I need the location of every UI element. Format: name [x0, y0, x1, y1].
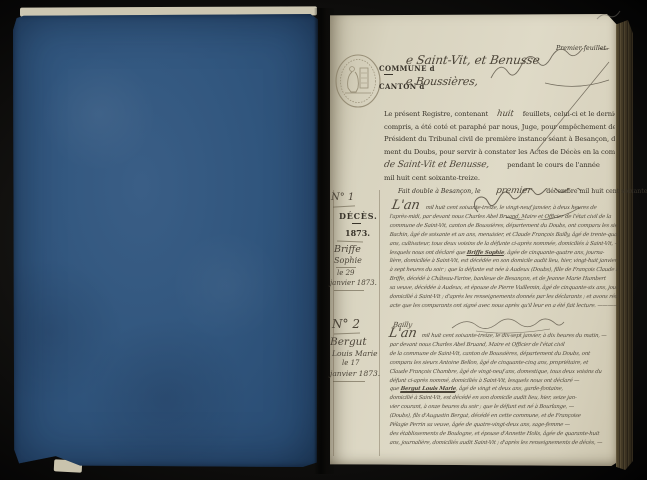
act1-line: Bachin, âgé de soixante et un ans, menui…	[389, 231, 618, 240]
act1-line: acte que les comparants ont signé avec n…	[389, 302, 618, 311]
handwritten-word-feuillets-count: huit	[496, 108, 514, 121]
act2-line: ans, journalière, domiciliés audit Saint…	[389, 439, 618, 448]
margin-deceased-2-surname: Bergut	[330, 336, 367, 348]
act1-line: l'après-midi, par devant nous Charles Ab…	[389, 213, 618, 222]
act1-line: commune de Saint-Vit, canton de Boussièr…	[389, 222, 618, 231]
page-stack-edge	[616, 20, 633, 470]
act2-line: Claude François Chambre, âgé de vingt-ne…	[389, 368, 618, 377]
margin-deceased-1-surname: Briffe	[334, 244, 361, 255]
book-cover-blue	[13, 14, 318, 467]
margin-deceased-2-firstname: Louis Marie	[332, 349, 378, 358]
margin-rule-right	[379, 190, 380, 456]
act1-line: sa veuve, décédée à Audeux, et épouse de…	[389, 284, 618, 293]
act1-line: ans, cultivateur, tous deux voisins de l…	[389, 240, 618, 249]
act1-line: Briffe, décédé à Château-Farine, banlieu…	[389, 275, 618, 284]
official-seal-stamp	[334, 53, 384, 111]
margin-dash	[352, 223, 361, 224]
margin-deceased-1-date-month: janvier 1873.	[330, 279, 377, 287]
margin-flourish-rule	[333, 381, 365, 382]
pencil-corner-mark	[594, 9, 622, 23]
act1-line: à sept heures du soir ; que la défunte e…	[389, 266, 618, 275]
margin-deceased-2-date-day: le 17	[342, 359, 360, 367]
margin-flourish-rule	[336, 267, 356, 268]
act2-line: par devant nous Charles Abel Bruand, Mai…	[389, 341, 618, 350]
paragraph-line: Le présent Registre, contenant huit feui…	[384, 108, 615, 121]
act2-line: Pélagie Perrin sa veuve, âgée de quatre-…	[389, 421, 618, 430]
register-opening-paragraph: Le présent Registre, contenant huit feui…	[384, 108, 615, 184]
margin-deceased-1-firstname: Sophie	[334, 256, 362, 265]
act1-line: lière, domiciliée à Saint-Vit, est décéd…	[389, 257, 618, 266]
act2-line: comparu les sieurs Antoine Bellon, âgé d…	[389, 359, 618, 368]
act2-line: vier courant, à onze heures du soir ; qu…	[389, 403, 618, 412]
divider-dash	[384, 74, 393, 75]
margin-year-label: 1873.	[345, 228, 370, 238]
canton-handwritten-value: e Boussières,	[405, 75, 479, 88]
margin-act-number-1: N° 1	[331, 192, 354, 203]
act2-line: domicilié à Saint-Vit, est décédé en son…	[389, 394, 618, 403]
act2-text: mil huit cent soixante-treize, le dix-se…	[389, 332, 618, 448]
paragraph-line: compris, a été coté et paraphé par nous,…	[384, 121, 615, 134]
act1-line: mil huit cent soixante-treize, le vingt-…	[389, 204, 618, 213]
archival-scan: Premier feuillet. COMMUNE d e Saint-Vit,…	[0, 0, 647, 480]
act1-line: domicilié à Saint-Vit ; d'après les rens…	[389, 293, 618, 302]
paragraph-line: ment du Doubs, pour servir à constater l…	[384, 146, 615, 159]
act2-line: mil huit cent soixante-treize, le dix-se…	[389, 332, 618, 341]
margin-deceased-1-date-day: le 29	[337, 269, 355, 277]
act2-line: des établissements de Boulogne, et épous…	[389, 430, 618, 439]
margin-deces-label: DÉCÈS.	[339, 211, 378, 221]
act2-line: (Doubs), fils d'Augustin Bergut, décédé …	[389, 412, 618, 421]
margin-deceased-2-date-month: janvier 1873.	[330, 369, 380, 378]
margin-flourish-rule	[334, 290, 364, 291]
commune-handwritten-value: e Saint-Vit, et Benusse	[405, 53, 541, 67]
paragraph-line: de Saint-Vit et Benusse, pendant le cour…	[384, 159, 615, 172]
margin-act-number-2: N° 2	[332, 317, 360, 331]
handwritten-commune-repeat: de Saint-Vit et Benusse,	[384, 159, 490, 172]
act2-line: de la commune de Saint-Vit, canton de Bo…	[389, 350, 618, 359]
act1-text: mil huit cent soixante-treize, le vingt-…	[389, 204, 618, 311]
paragraph-line: Président du Tribunal civil de première …	[384, 133, 615, 146]
act2-line: que Bergut Louis Marie, âgé de vingt et …	[389, 385, 618, 394]
